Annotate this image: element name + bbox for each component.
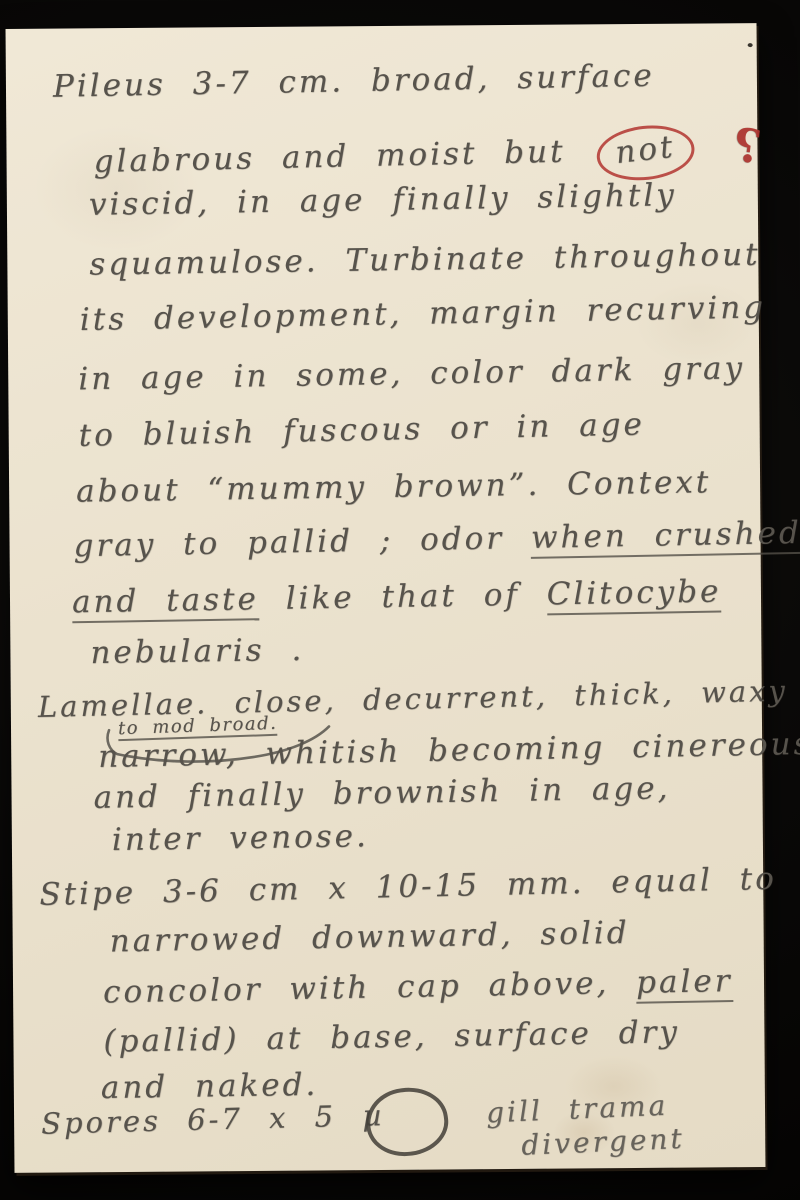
stipe-line-3: concolor with cap above, paler xyxy=(103,964,733,1011)
pileus-line-9-text: gray to pallid ; odor xyxy=(73,520,504,564)
gill-trama-note-line-2: divergent xyxy=(521,1123,686,1162)
pileus-line-9: gray to pallid ; odor when crushed xyxy=(73,516,800,565)
stipe-line-4: (pallid) at base, surface dry xyxy=(103,1015,680,1060)
pileus-line-10-text: like that of xyxy=(285,577,520,617)
red-question-mark-annotation: ? xyxy=(728,118,764,174)
lamellae-line-2-start: narrow, xyxy=(98,736,239,775)
pileus-line-10-underlined-1: and taste xyxy=(72,581,259,623)
pileus-line-2: glabrous and moist but not ? xyxy=(93,115,762,182)
pileus-line-5: its development, margin recurving xyxy=(80,290,767,338)
pileus-line-8: about “mummy brown”. Context xyxy=(76,465,712,510)
circled-word: not xyxy=(613,129,677,171)
stipe-line-1: Stipe 3-6 cm x 10-15 mm. equal to xyxy=(39,862,777,914)
red-circle-annotation: not xyxy=(594,121,697,185)
spores-measurement-line: Spores 6-7 x 5 µ xyxy=(41,1099,385,1141)
ink-speck xyxy=(748,43,753,47)
lamellae-line-4: inter venose. xyxy=(112,819,369,858)
pileus-line-7: to bluish fuscous or in age xyxy=(78,408,645,455)
lamellae-line-3: and finally brownish in age, xyxy=(93,771,670,816)
stipe-line-2: narrowed downward, solid xyxy=(109,916,629,960)
stipe-line-3-underlined: paler xyxy=(636,963,733,1004)
pileus-line-10: and taste like that of Clitocybe xyxy=(72,575,722,621)
pileus-line-9-underlined: when crushed xyxy=(531,515,800,559)
pileus-line-1: Pileus 3-7 cm. broad, surface xyxy=(53,59,655,106)
spore-outline-sketch xyxy=(362,1083,452,1161)
pileus-line-6: in age in some, color dark gray xyxy=(78,351,745,398)
pileus-line-4: squamulose. Turbinate throughout xyxy=(89,238,761,284)
handwritten-note-card: Pileus 3-7 cm. broad, surface glabrous a… xyxy=(6,23,766,1173)
lamellae-line-2-rest: whitish becoming cinereous xyxy=(265,726,800,772)
pileus-line-2-text: glabrous and moist but xyxy=(93,134,566,180)
stipe-line-3-text: concolor with cap above, xyxy=(103,965,610,1010)
pileus-line-3: viscid, in age finally slightly xyxy=(89,178,677,223)
pileus-line-10-underlined-2: Clitocybe xyxy=(546,574,721,616)
pileus-line-11: nebularis . xyxy=(90,633,304,672)
